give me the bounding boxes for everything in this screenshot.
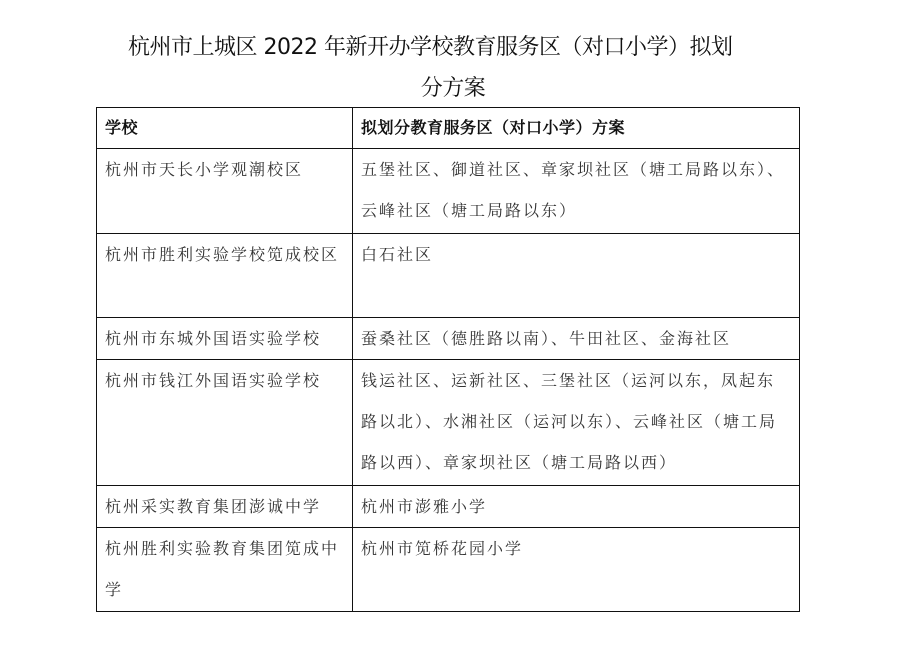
header-school: 学校 — [97, 108, 353, 149]
plan-cell: 蚕桑社区（德胜路以南）、牛田社区、金海社区 — [353, 318, 800, 360]
school-cell: 杭州市钱江外国语实验学校 — [97, 360, 353, 486]
table-row: 杭州胜利实验教育集团笕成中学 杭州市笕桥花园小学 — [97, 528, 800, 612]
plan-cell: 白石社区 — [353, 234, 800, 318]
document-title-line2: 分方案 — [0, 71, 906, 102]
table-header-row: 学校 拟划分教育服务区（对口小学）方案 — [97, 108, 800, 149]
school-cell: 杭州市东城外国语实验学校 — [97, 318, 353, 360]
service-area-table: 学校 拟划分教育服务区（对口小学）方案 杭州市天长小学观潮校区 五堡社区、御道社… — [96, 107, 800, 612]
document-title-line1: 杭州市上城区 2022 年新开办学校教育服务区（对口小学）拟划 — [128, 30, 828, 61]
table-row: 杭州市钱江外国语实验学校 钱运社区、运新社区、三堡社区（运河以东，凤起东路以北）… — [97, 360, 800, 486]
table-row: 杭州市东城外国语实验学校 蚕桑社区（德胜路以南）、牛田社区、金海社区 — [97, 318, 800, 360]
school-cell: 杭州市胜利实验学校笕成校区 — [97, 234, 353, 318]
plan-cell: 杭州市笕桥花园小学 — [353, 528, 800, 612]
header-plan: 拟划分教育服务区（对口小学）方案 — [353, 108, 800, 149]
school-cell: 杭州市天长小学观潮校区 — [97, 149, 353, 234]
school-cell: 杭州采实教育集团澎诚中学 — [97, 486, 353, 528]
plan-cell: 杭州市澎雅小学 — [353, 486, 800, 528]
plan-cell: 钱运社区、运新社区、三堡社区（运河以东，凤起东路以北）、水湘社区（运河以东）、云… — [353, 360, 800, 486]
plan-cell: 五堡社区、御道社区、章家坝社区（塘工局路以东）、云峰社区（塘工局路以东） — [353, 149, 800, 234]
table-row: 杭州市天长小学观潮校区 五堡社区、御道社区、章家坝社区（塘工局路以东）、云峰社区… — [97, 149, 800, 234]
table-row: 杭州采实教育集团澎诚中学 杭州市澎雅小学 — [97, 486, 800, 528]
table-row: 杭州市胜利实验学校笕成校区 白石社区 — [97, 234, 800, 318]
school-cell: 杭州胜利实验教育集团笕成中学 — [97, 528, 353, 612]
